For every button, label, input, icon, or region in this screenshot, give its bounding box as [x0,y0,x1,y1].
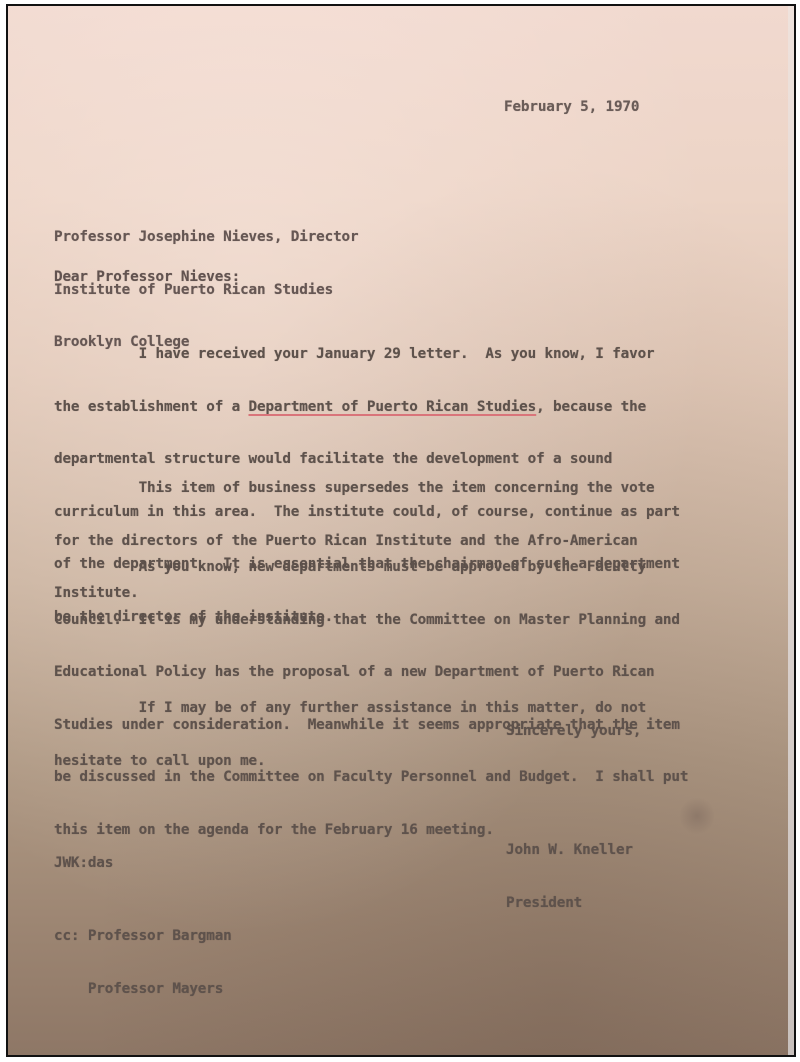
paragraph-line: hesitate to call upon me. [54,753,646,771]
paragraph-line: As you know, new departments must be app… [54,559,688,577]
letter-page: February 5, 1970 Professor Josephine Nie… [6,4,796,1057]
paragraph-line-start: the establishment of a [54,399,249,415]
paragraph-line: Council. It is my understanding that the… [54,612,688,630]
closing: Sincerely yours, [506,723,641,741]
page-edge [788,6,794,1055]
paragraph-line: the establishment of a Department of Pue… [54,399,680,417]
paragraph-line: This item of business supersedes the ite… [54,480,654,498]
paragraph-line: I have received your January 29 letter. … [54,346,680,364]
paragraph-line: If I may be of any further assistance in… [54,700,646,718]
signature-block: John W. Kneller President [506,807,633,947]
signatory-title: President [506,895,633,913]
cc-line: Professor Mayers [54,981,232,999]
cc-line: cc: Professor Bargman [54,928,232,946]
salutation: Dear Professor Nieves: [54,269,240,287]
letter-date: February 5, 1970 [504,99,639,117]
paragraph-line-end: , because the [536,399,646,415]
recipient-name-line: Professor Josephine Nieves, Director [54,229,358,247]
reference-initials: JWK:das [54,855,113,873]
underlined-department-phrase: Department of Puerto Rican Studies [249,399,537,415]
signatory-name: John W. Kneller [506,842,633,860]
cc-list: cc: Professor Bargman Professor Mayers [54,893,232,1033]
